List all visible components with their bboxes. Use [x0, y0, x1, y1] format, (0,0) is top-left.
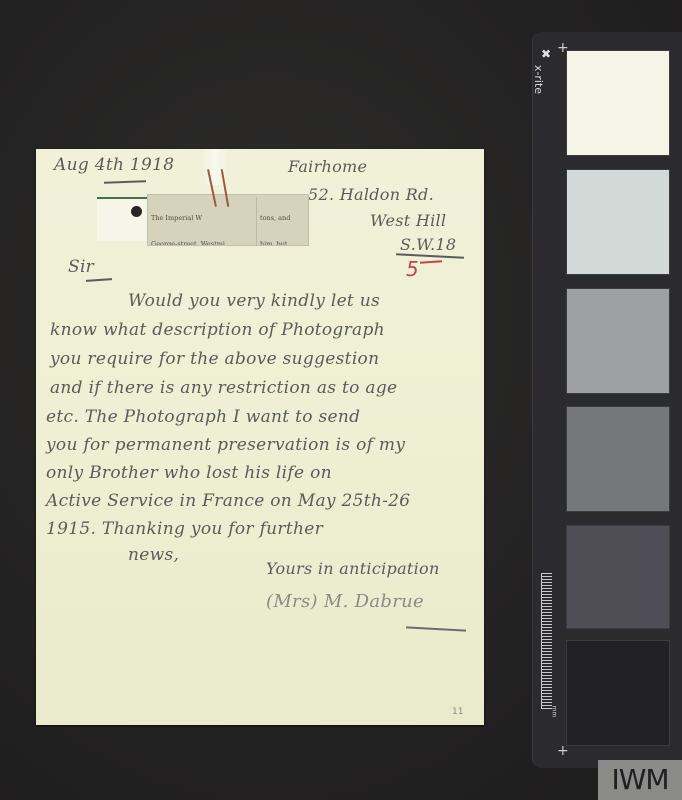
- swatch-dark-gray: [566, 525, 670, 629]
- salutation-underline: [86, 278, 112, 281]
- body-line: 1915. Thanking you for further: [46, 519, 323, 539]
- clipping-text: George-street, Westmi: [151, 240, 251, 246]
- ruler-unit-label: mm: [550, 706, 557, 718]
- punch-hole: [131, 206, 142, 217]
- page-number: 11: [452, 707, 463, 717]
- brand-name: x-rite: [532, 65, 545, 94]
- mm-ruler: [541, 573, 552, 709]
- swatch-gray: [566, 406, 670, 512]
- body-line: only Brother who lost his life on: [46, 463, 332, 483]
- clipping-tab: [97, 197, 149, 241]
- address-line-4: S.W.18: [400, 235, 456, 254]
- body-line: know what description of Photograph: [50, 320, 385, 340]
- address-line-3: West Hill: [370, 211, 446, 230]
- clipping-column-1: The Imperial W George-street, Westmi to …: [151, 197, 251, 246]
- red-annotation-stroke: [420, 260, 442, 263]
- swatch-mid-gray: [566, 288, 670, 394]
- brand-label: ✖ x-rite: [538, 47, 556, 107]
- body-line: Active Service in France on May 25th-26: [46, 491, 410, 511]
- clipping-text: tons, and: [260, 214, 309, 223]
- date-underline: [104, 180, 146, 183]
- swatch-black: [566, 640, 670, 746]
- signature: (Mrs) M. Dabrue: [266, 591, 424, 612]
- closing: Yours in anticipation: [266, 559, 440, 578]
- crosshair-icon: +: [557, 744, 569, 758]
- body-line: and if there is any restriction as to ag…: [50, 378, 397, 398]
- swatch-white: [566, 50, 670, 156]
- clipping-column-2: tons, and him, but time. Sil visitors to…: [256, 197, 309, 246]
- body-line: you require for the above suggestion: [50, 349, 379, 369]
- signature-underline: [406, 626, 466, 631]
- xrite-logo-icon: ✖: [541, 47, 551, 61]
- address-line-1: Fairhome: [288, 157, 367, 176]
- red-annotation: 5: [406, 257, 419, 281]
- body-line: etc. The Photograph I want to send: [46, 407, 360, 427]
- green-ink-line: [97, 197, 147, 199]
- body-line: you for permanent preservation is of my: [46, 435, 405, 455]
- address-line-2: 52. Haldon Rd.: [308, 185, 434, 204]
- letter-date: Aug 4th 1918: [54, 155, 174, 175]
- body-line: news,: [128, 545, 179, 565]
- iwm-watermark: IWM: [598, 760, 682, 800]
- clipping-text: The Imperial W: [151, 214, 251, 223]
- salutation: Sir: [68, 257, 94, 277]
- body-line: Would you very kindly let us: [128, 291, 380, 311]
- letter-paper: Aug 4th 1918 Fairhome 52. Haldon Rd. Wes…: [36, 149, 484, 725]
- swatch-light-gray: [566, 169, 670, 275]
- clipping-text: him, but: [260, 240, 309, 246]
